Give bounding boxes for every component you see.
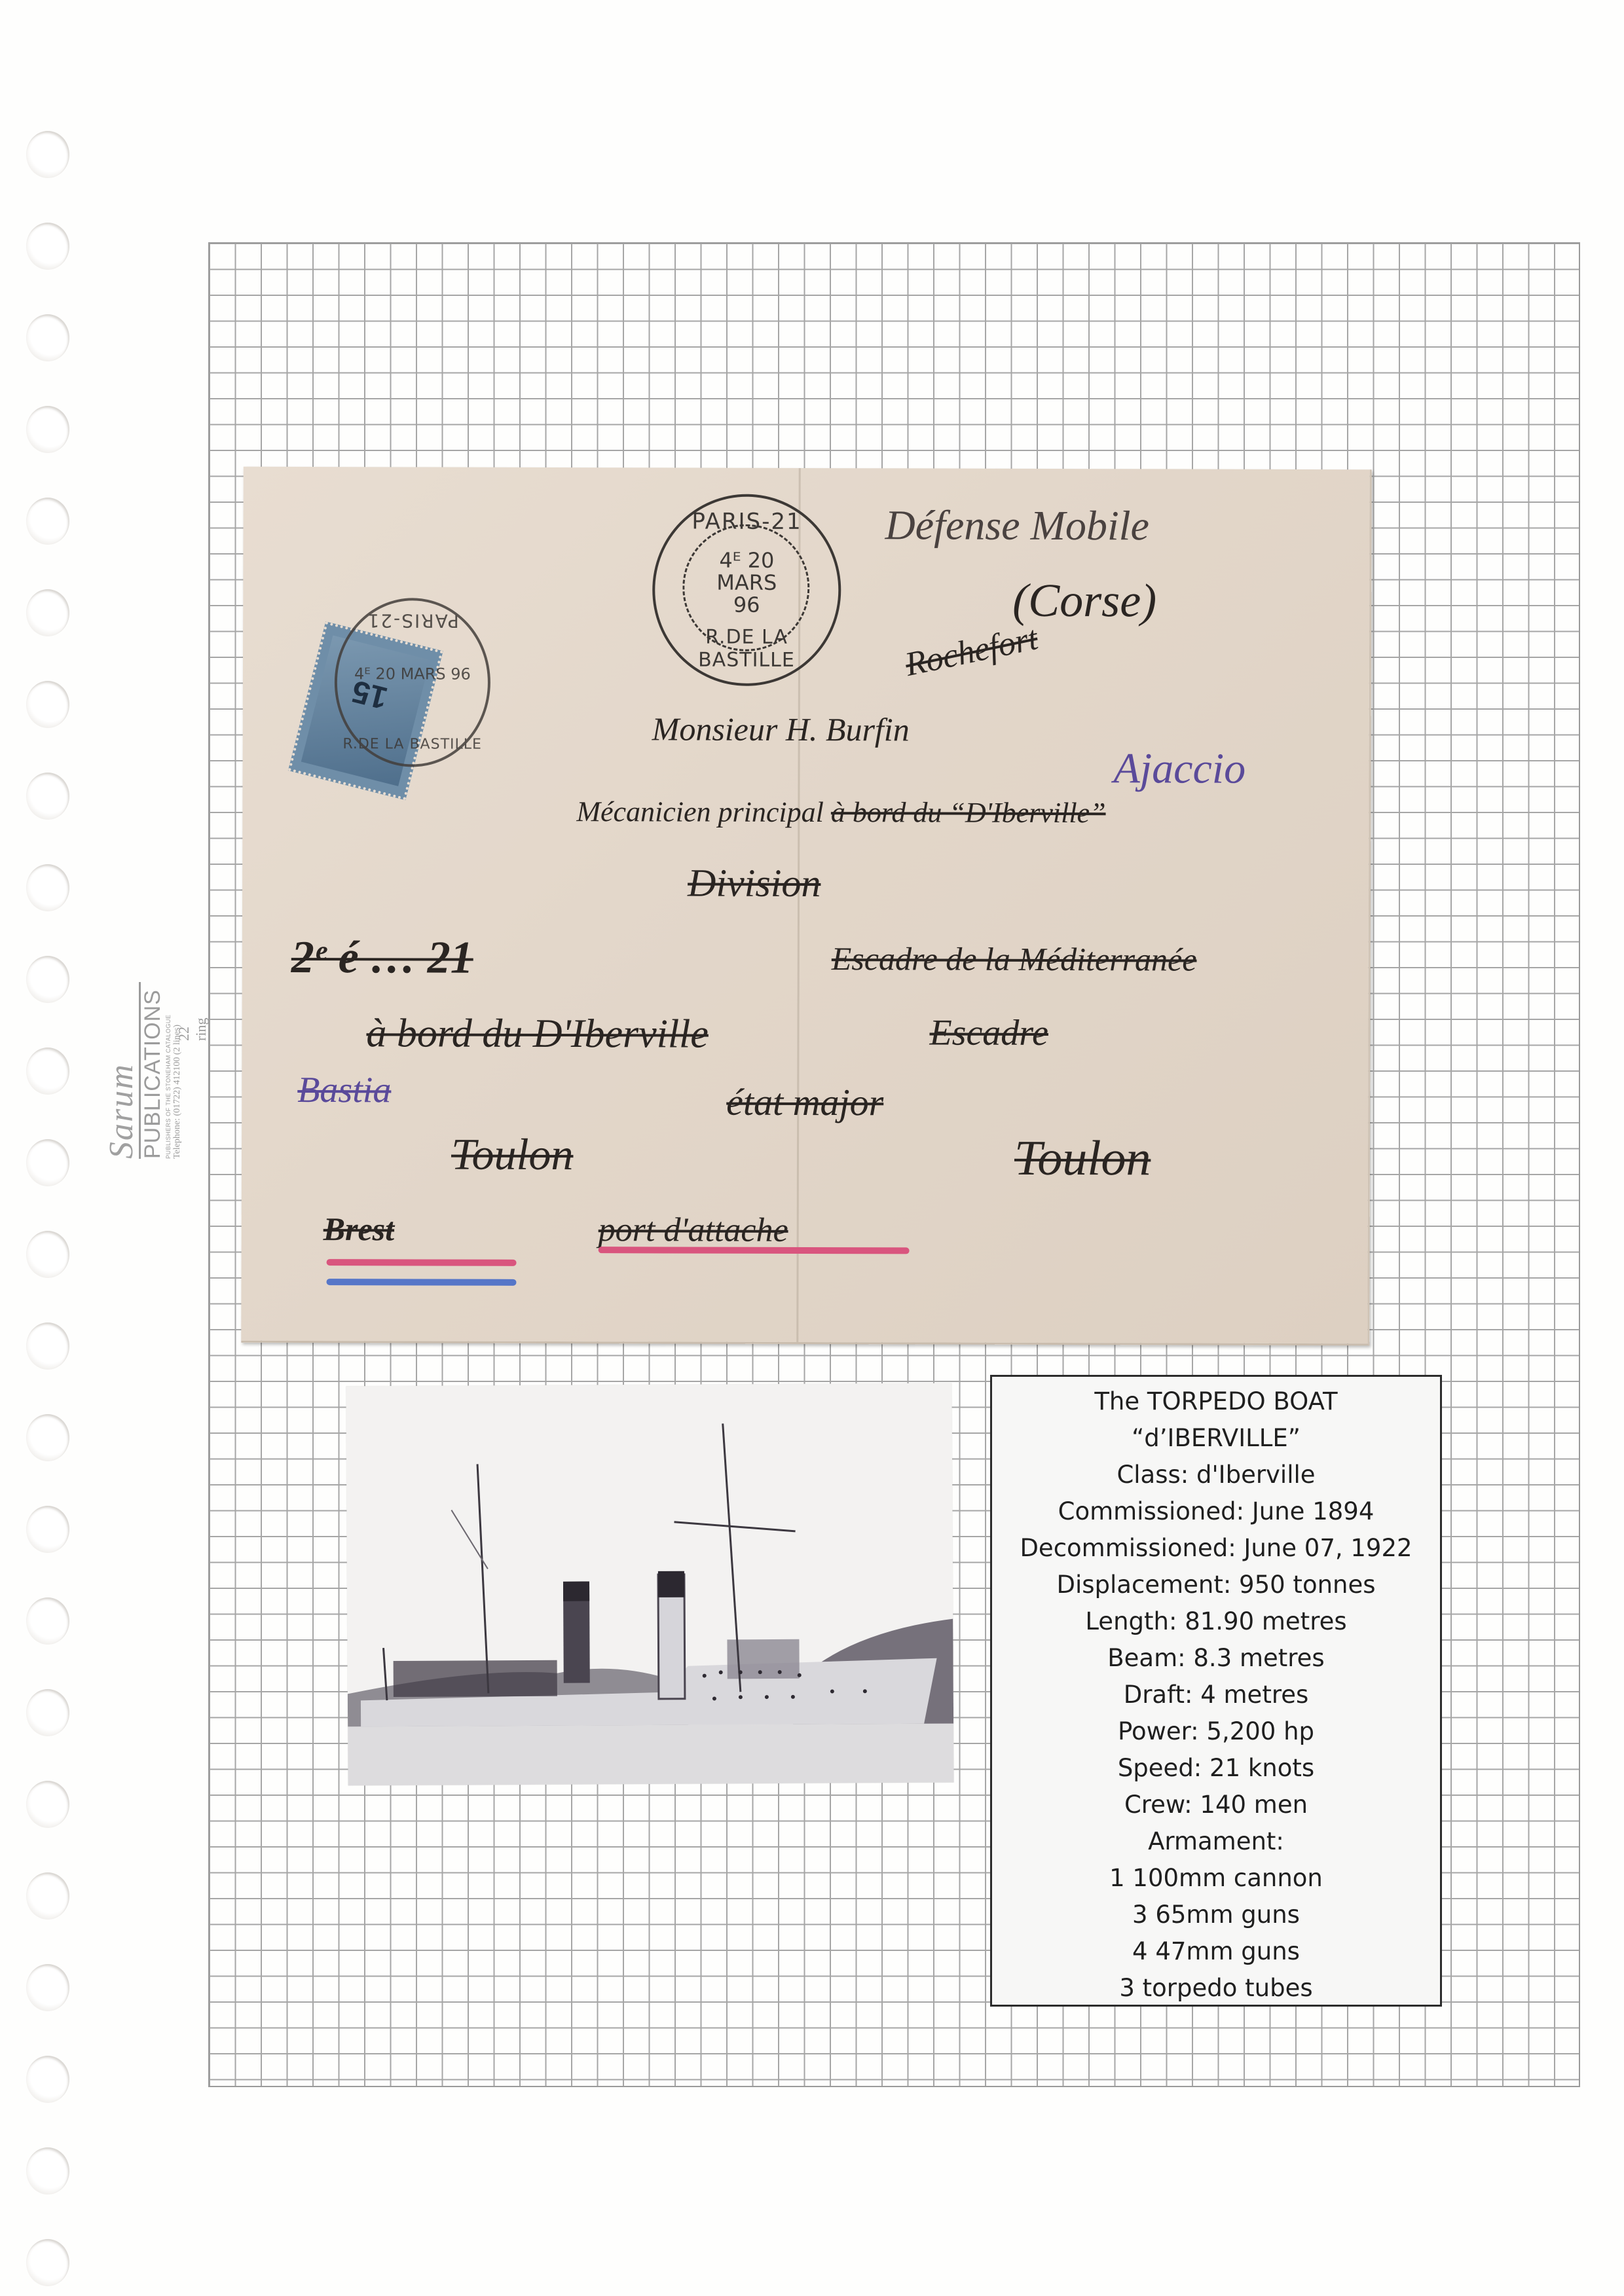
publisher-tagline: PUBLISHERS OF THE STONEHAM CATALOGUE — [164, 982, 172, 1159]
blue-crayon-mark — [326, 1279, 516, 1286]
ship-photo — [346, 1383, 953, 1786]
escadre-mediterranee-struck: Escadre de la Méditerranée — [832, 939, 1197, 978]
info-line: Class: d'Iberville — [992, 1457, 1440, 1493]
punch-hole — [26, 1872, 69, 1920]
info-line: 1 100mm cannon — [992, 1860, 1440, 1897]
a-bord-struck: à bord du D'Iberville — [366, 1010, 709, 1057]
punch-hole — [26, 864, 69, 911]
postmark-date: 4ᴱ 20 MARS 96 — [655, 549, 838, 616]
port-attache-struck: port d'attache — [599, 1211, 788, 1250]
info-line: Power: 5,200 hp — [992, 1713, 1440, 1750]
brest-struck: Brest — [323, 1210, 395, 1248]
punch-hole — [26, 681, 69, 728]
division-struck: Division — [688, 861, 821, 907]
etat-major-struck: état major — [726, 1080, 883, 1125]
escadre-struck: Escadre — [929, 1011, 1048, 1053]
info-line: Crew: 140 men — [992, 1787, 1440, 1823]
punch-hole — [26, 1781, 69, 1828]
punch-hole — [26, 589, 69, 636]
info-line: Commissioned: June 1894 — [992, 1493, 1440, 1530]
punch-hole — [26, 2056, 69, 2103]
recipient-name: Monsieur H. Burfin — [652, 710, 910, 748]
punch-hole — [26, 2147, 69, 2195]
punch-hole — [26, 2239, 69, 2286]
punch-hole — [26, 1231, 69, 1278]
publisher-name: Sarum — [105, 982, 139, 1159]
info-line: The TORPEDO BOAT — [992, 1383, 1440, 1420]
punch-hole — [26, 1506, 69, 1553]
punch-hole — [26, 498, 69, 545]
punch-hole — [26, 1964, 69, 2011]
info-line: Beam: 8.3 metres — [992, 1640, 1440, 1677]
toulon-struck: Toulon — [451, 1129, 574, 1180]
corse-text: (Corse) — [1012, 574, 1156, 629]
postmark-top: PARIS-21 — [655, 508, 838, 535]
toulon-right: Toulon — [1014, 1130, 1151, 1188]
rochefort-struck: Rochefort — [902, 619, 1041, 684]
punch-hole — [26, 1139, 69, 1186]
publisher-imprint: Sarum PUBLICATIONS PUBLISHERS OF THE STO… — [105, 982, 196, 1159]
album-page: Sarum PUBLICATIONS PUBLISHERS OF THE STO… — [0, 0, 1624, 2296]
ship-info-box: The TORPEDO BOAT“d’IBERVILLE”Class: d'Ib… — [990, 1375, 1442, 2007]
punch-hole — [26, 223, 69, 270]
info-line: 3 torpedo tubes — [992, 1970, 1440, 2007]
ajaccio-text: Ajaccio — [1113, 744, 1246, 794]
punch-hole — [26, 314, 69, 361]
defense-mobile-text: Défense Mobile — [885, 501, 1149, 550]
scribbled-out-text: 2ᵉ é … 21 — [291, 932, 473, 985]
cover-envelope: 15 PARIS-21 4ᴱ 20 MARS 96 R.DE LA BASTIL… — [241, 467, 1371, 1346]
info-line: Length: 81.90 metres — [992, 1603, 1440, 1640]
punch-hole — [26, 131, 69, 178]
red-crayon-mark — [599, 1247, 910, 1254]
punch-hole — [26, 1597, 69, 1645]
ring-label: 22 ring — [175, 1018, 210, 1041]
punch-hole — [26, 956, 69, 1003]
punch-hole — [26, 406, 69, 453]
mecanicien-text: Mécanicien principal à bord du “D'Ibervi… — [576, 795, 1105, 829]
publisher-line2: PUBLICATIONS — [139, 982, 164, 1159]
punch-hole — [26, 1689, 69, 1736]
paris-postmark: PARIS-21 4ᴱ 20 MARS 96 R.DE LA BASTILLE — [652, 494, 841, 686]
red-crayon-mark — [327, 1259, 517, 1266]
bastia-text: Bastia — [297, 1069, 391, 1111]
info-line: Displacement: 950 tonnes — [992, 1567, 1440, 1603]
punch-hole — [26, 1414, 69, 1461]
postmark-bottom: R.DE LA BASTILLE — [655, 625, 838, 672]
info-line: “d’IBERVILLE” — [992, 1420, 1440, 1457]
torpedo-boat-illustration — [346, 1383, 953, 1786]
info-line: Decommissioned: June 07, 1922 — [992, 1530, 1440, 1567]
punch-hole — [26, 1322, 69, 1370]
info-line: 4 47mm guns — [992, 1933, 1440, 1970]
info-line: 3 65mm guns — [992, 1897, 1440, 1933]
info-line: Draft: 4 metres — [992, 1677, 1440, 1713]
punch-hole — [26, 773, 69, 820]
punch-hole — [26, 1048, 69, 1095]
info-line: Armament: — [992, 1823, 1440, 1860]
info-line: Speed: 21 knots — [992, 1750, 1440, 1787]
publisher-telephone: Telephone: (01722) 412100 (2 lines) — [172, 982, 183, 1159]
stamp-cancel-postmark: PARIS-21 4ᴱ 20 MARS 96 R.DE LA BASTILLE — [335, 598, 491, 767]
